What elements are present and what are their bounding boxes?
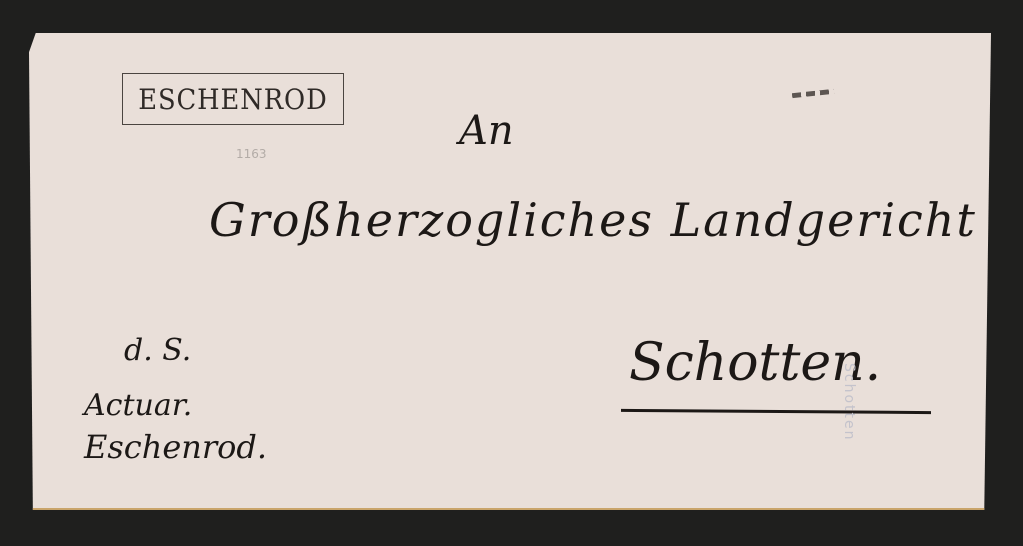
sender-note-line-3: Eschenrod. [84, 428, 267, 466]
sender-note-line-2: Actuar. [84, 388, 192, 423]
address-underline [621, 409, 931, 414]
postmark-stamp: ESCHENROD [122, 73, 344, 125]
postmark-text: ESCHENROD [138, 83, 327, 116]
address-salutation: An [459, 108, 514, 154]
pencil-note: 1163 [236, 147, 267, 161]
ink-mark [792, 89, 834, 98]
envelope: ESCHENROD 1163 An Großherzogliches Landg… [29, 33, 991, 510]
address-office: Großherzogliches Landgericht [209, 193, 977, 247]
faint-receiving-stamp: Schotten [829, 363, 857, 483]
sender-note-line-1: d. S. [124, 333, 191, 368]
